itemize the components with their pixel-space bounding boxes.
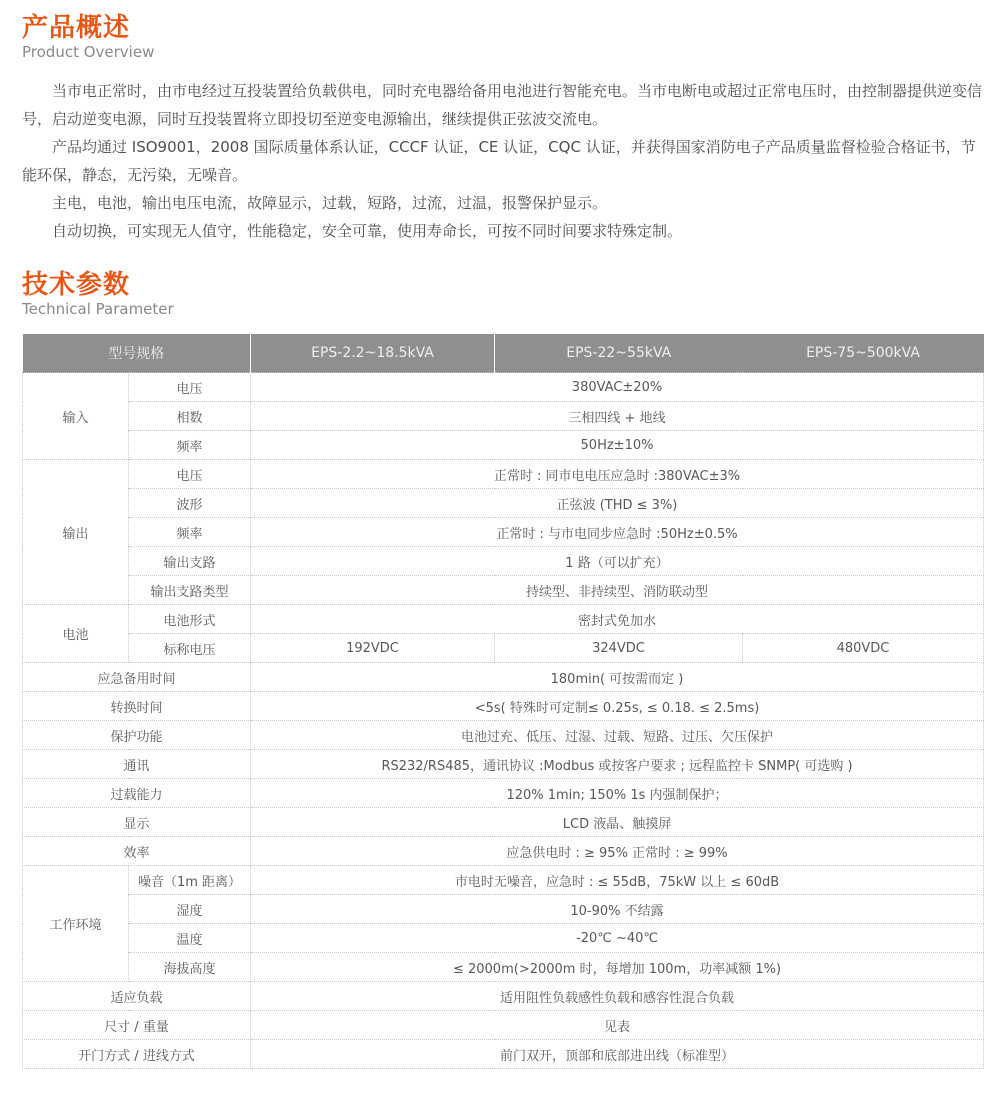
spec-label-cell: 电池形式 <box>129 605 251 634</box>
overview-subtitle: Product Overview <box>22 44 985 61</box>
spec-label-cell: 保护功能 <box>23 721 251 750</box>
technical-title: 技术参数 <box>22 271 985 301</box>
spec-row: 开门方式 / 进线方式前门双开，顶部和底部进出线（标准型） <box>23 1040 984 1069</box>
spec-label-cell: 频率 <box>129 431 251 460</box>
spec-value-cell: 前门双开，顶部和底部进出线（标准型） <box>251 1040 984 1069</box>
spec-label-cell: 应急备用时间 <box>23 663 251 692</box>
spec-label-cell: 转换时间 <box>23 692 251 721</box>
overview-paragraph: 当市电正常时，由市电经过互投装置给负载供电，同时充电器给备用电池进行智能充电。当… <box>22 77 985 133</box>
technical-parameter-section: 技术参数 Technical Parameter 型号规格 EPS-2.2~18… <box>22 271 985 1069</box>
spec-label-cell: 适应负载 <box>23 982 251 1011</box>
spec-value-cell: 电池过充、低压、过湿、过载、短路、过压、欠压保护 <box>251 721 984 750</box>
spec-row: 尺寸 / 重量见表 <box>23 1011 984 1040</box>
spec-value-cell: 324VDC <box>495 634 743 663</box>
spec-value-cell: 应急供电时 : ≥ 95% 正常时 : ≥ 99% <box>251 837 984 866</box>
spec-group-cell: 输出 <box>23 460 129 605</box>
spec-label-cell: 噪音（1m 距离） <box>129 866 251 895</box>
overview-title: 产品概述 <box>22 14 985 44</box>
spec-row: 输出支路类型持续型、非持续型、消防联动型 <box>23 576 984 605</box>
spec-value-cell: RS232/RS485，通讯协议 :Modbus 或按客户要求 ; 远程监控卡 … <box>251 750 984 779</box>
spec-value-cell: 1 路（可以扩充） <box>251 547 984 576</box>
spec-table-body: 输入电压380VAC±20%相数三相四线 + 地线频率50Hz±10%输出电压正… <box>23 373 984 1069</box>
spec-row: 输出电压正常时 : 同市电电压应急时 :380VAC±3% <box>23 460 984 489</box>
spec-row: 湿度10-90% 不结露 <box>23 895 984 924</box>
spec-label-cell: 输出支路类型 <box>129 576 251 605</box>
overview-paragraphs: 当市电正常时，由市电经过互投装置给负载供电，同时充电器给备用电池进行智能充电。当… <box>22 77 985 245</box>
spec-row: 电池电池形式密封式免加水 <box>23 605 984 634</box>
spec-value-cell: 380VAC±20% <box>251 373 984 402</box>
spec-value-cell: 10-90% 不结露 <box>251 895 984 924</box>
spec-label-cell: 过载能力 <box>23 779 251 808</box>
spec-value-cell: 正常时 : 同市电电压应急时 :380VAC±3% <box>251 460 984 489</box>
spec-value-cell: 持续型、非持续型、消防联动型 <box>251 576 984 605</box>
spec-label-cell: 海拔高度 <box>129 953 251 982</box>
overview-paragraph: 主电，电池，输出电压电流，故障显示，过载，短路，过流，过温，报警保护显示。 <box>22 189 985 217</box>
spec-value-cell: 市电时无噪音，应急时 : ≤ 55dB，75kW 以上 ≤ 60dB <box>251 866 984 895</box>
spec-row: 相数三相四线 + 地线 <box>23 402 984 431</box>
spec-row: 通讯RS232/RS485，通讯协议 :Modbus 或按客户要求 ; 远程监控… <box>23 750 984 779</box>
spec-value-cell: 正弦波 (THD ≤ 3%) <box>251 489 984 518</box>
spec-row: 显示LCD 液晶、触摸屏 <box>23 808 984 837</box>
spec-label-cell: 效率 <box>23 837 251 866</box>
spec-value-cell: -20℃ ~40℃ <box>251 924 984 953</box>
spec-label-cell: 相数 <box>129 402 251 431</box>
spec-label-cell: 湿度 <box>129 895 251 924</box>
spec-row: 应急备用时间180min( 可按需而定 ) <box>23 663 984 692</box>
spec-label-cell: 标称电压 <box>129 634 251 663</box>
spec-row: 海拔高度≤ 2000m(>2000m 时，每增加 100m，功率减额 1%) <box>23 953 984 982</box>
spec-header-eps-small: EPS-2.2~18.5kVA <box>251 334 495 373</box>
spec-value-cell: 180min( 可按需而定 ) <box>251 663 984 692</box>
spec-label-cell: 通讯 <box>23 750 251 779</box>
spec-row: 频率正常时 : 与市电同步应急时 :50Hz±0.5% <box>23 518 984 547</box>
spec-label-cell: 开门方式 / 进线方式 <box>23 1040 251 1069</box>
spec-value-cell: 120% 1min; 150% 1s 内强制保护； <box>251 779 984 808</box>
spec-row: 保护功能电池过充、低压、过湿、过载、短路、过压、欠压保护 <box>23 721 984 750</box>
spec-value-cell: LCD 液晶、触摸屏 <box>251 808 984 837</box>
spec-value-cell: <5s( 特殊时可定制≤ 0.25s, ≤ 0.18. ≤ 2.5ms) <box>251 692 984 721</box>
spec-label-cell: 波形 <box>129 489 251 518</box>
spec-value-cell: ≤ 2000m(>2000m 时，每增加 100m，功率减额 1%) <box>251 953 984 982</box>
spec-header-eps-large: EPS-75~500kVA <box>743 334 984 373</box>
spec-row: 输出支路1 路（可以扩充） <box>23 547 984 576</box>
spec-label-cell: 输出支路 <box>129 547 251 576</box>
product-spec-page: 产品概述 Product Overview 当市电正常时，由市电经过互投装置给负… <box>0 0 1000 1069</box>
spec-group-cell: 电池 <box>23 605 129 663</box>
spec-label-cell: 电压 <box>129 373 251 402</box>
spec-group-cell: 输入 <box>23 373 129 460</box>
spec-label-cell: 电压 <box>129 460 251 489</box>
spec-row: 输入电压380VAC±20% <box>23 373 984 402</box>
spec-label-cell: 温度 <box>129 924 251 953</box>
spec-row: 效率应急供电时 : ≥ 95% 正常时 : ≥ 99% <box>23 837 984 866</box>
spec-row: 工作环境噪音（1m 距离）市电时无噪音，应急时 : ≤ 55dB，75kW 以上… <box>23 866 984 895</box>
spec-header-eps-medium: EPS-22~55kVA <box>495 334 743 373</box>
spec-header-row: 型号规格 EPS-2.2~18.5kVA EPS-22~55kVA EPS-75… <box>23 334 984 373</box>
spec-row: 波形正弦波 (THD ≤ 3%) <box>23 489 984 518</box>
spec-row: 适应负载适用阻性负载感性负载和感容性混合负载 <box>23 982 984 1011</box>
spec-row: 标称电压192VDC324VDC480VDC <box>23 634 984 663</box>
spec-row: 温度-20℃ ~40℃ <box>23 924 984 953</box>
overview-paragraph: 产品均通过 ISO9001，2008 国际质量体系认证，CCCF 认证，CE 认… <box>22 133 985 189</box>
spec-table: 型号规格 EPS-2.2~18.5kVA EPS-22~55kVA EPS-75… <box>22 334 984 1069</box>
spec-value-cell: 适用阻性负载感性负载和感容性混合负载 <box>251 982 984 1011</box>
spec-label-cell: 显示 <box>23 808 251 837</box>
technical-subtitle: Technical Parameter <box>22 301 985 318</box>
spec-value-cell: 480VDC <box>743 634 984 663</box>
spec-value-cell: 50Hz±10% <box>251 431 984 460</box>
spec-group-cell: 工作环境 <box>23 866 129 982</box>
spec-value-cell: 正常时 : 与市电同步应急时 :50Hz±0.5% <box>251 518 984 547</box>
spec-value-cell: 见表 <box>251 1011 984 1040</box>
spec-value-cell: 三相四线 + 地线 <box>251 402 984 431</box>
spec-value-cell: 密封式免加水 <box>251 605 984 634</box>
spec-row: 过载能力120% 1min; 150% 1s 内强制保护； <box>23 779 984 808</box>
spec-value-cell: 192VDC <box>251 634 495 663</box>
spec-label-cell: 尺寸 / 重量 <box>23 1011 251 1040</box>
spec-label-cell: 频率 <box>129 518 251 547</box>
spec-header-model: 型号规格 <box>23 334 251 373</box>
spec-row: 频率50Hz±10% <box>23 431 984 460</box>
overview-paragraph: 自动切换，可实现无人值守，性能稳定，安全可靠，使用寿命长，可按不同时间要求特殊定… <box>22 217 985 245</box>
spec-row: 转换时间<5s( 特殊时可定制≤ 0.25s, ≤ 0.18. ≤ 2.5ms) <box>23 692 984 721</box>
overview-section: 产品概述 Product Overview 当市电正常时，由市电经过互投装置给负… <box>22 14 985 245</box>
